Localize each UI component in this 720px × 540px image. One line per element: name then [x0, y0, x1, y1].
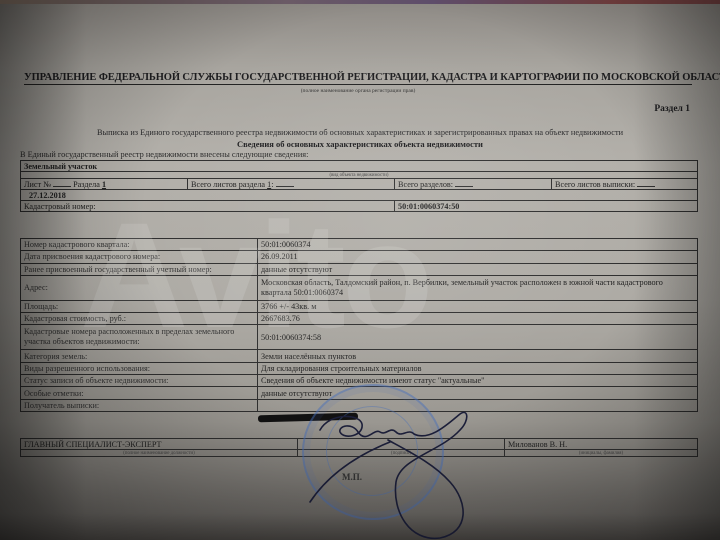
- extract-date: 27.12.2018: [21, 190, 698, 201]
- total-sections-label: Всего разделов:: [398, 180, 453, 189]
- row-label: Статус записи об объекте недвижимости:: [21, 375, 258, 387]
- row-value: 3766 +/- 43кв. м: [258, 300, 698, 312]
- row-label: Площадь:: [21, 300, 258, 312]
- cadastral-number-label: Кадастровый номер:: [21, 201, 395, 212]
- row-value: Московская область, Талдомский район, п.…: [258, 275, 698, 300]
- object-type-caption: (вид объекта недвижимости): [21, 172, 698, 179]
- intro-text: В Единый государственный реестр недвижим…: [20, 150, 308, 159]
- table-row: Кадастровая стоимость, руб.: 2667683.76: [21, 313, 698, 325]
- table-row: Дата присвоения кадастрового номера: 26.…: [21, 251, 698, 263]
- object-type: Земельный участок: [21, 161, 698, 172]
- official-stamp: [302, 384, 444, 520]
- row-value: 50:01:0060374: [258, 239, 698, 251]
- row-value: Для складирования строительных материало…: [258, 362, 698, 374]
- row-label: Номер кадастрового квартала:: [21, 239, 258, 251]
- table-row: Виды разрешенного использования: Для скл…: [21, 362, 698, 374]
- table-row: Площадь: 3766 +/- 43кв. м: [21, 300, 698, 312]
- row-label: Категория земель:: [21, 350, 258, 362]
- position-caption: (полное наименование должности): [21, 450, 298, 457]
- sheet-number-cell: Лист № Раздела 1: [21, 179, 188, 190]
- official-name: Милованов В. Н.: [505, 439, 698, 450]
- name-caption: (инициалы, фамилия): [505, 450, 698, 457]
- total-sheets-extract-label: Всего листов выписки:: [555, 180, 635, 189]
- total-sheets-extract-cell: Всего листов выписки:: [552, 179, 698, 190]
- total-sheets-section-value: 1: [267, 180, 271, 189]
- row-value: Сведения об объекте недвижимости имеют с…: [258, 375, 698, 387]
- sheet-label: Лист №: [24, 180, 51, 189]
- table-row: Кадастровые номера расположенных в преде…: [21, 325, 698, 350]
- row-label: Получатель выписки:: [21, 399, 258, 411]
- row-value: 2667683.76: [258, 313, 698, 325]
- total-sections-cell: Всего разделов:: [395, 179, 552, 190]
- total-sheets-section-cell: Всего листов раздела 1:: [188, 179, 395, 190]
- extract-title: Выписка из Единого государственного реес…: [0, 128, 720, 137]
- agency-name: УПРАВЛЕНИЕ ФЕДЕРАЛЬНОЙ СЛУЖБЫ ГОСУДАРСТВ…: [24, 72, 692, 85]
- row-value: 26.09.2011: [258, 251, 698, 263]
- row-value: данные отсутствуют: [258, 263, 698, 275]
- section-of-value: 1: [102, 180, 106, 189]
- section-of-label: Раздела: [73, 180, 100, 189]
- row-value: Земли населённых пунктов: [258, 350, 698, 362]
- table-row: Ранее присвоенный государственный учетны…: [21, 263, 698, 275]
- agency-caption: (полное наименование органа регистрации …: [24, 88, 692, 94]
- row-label: Адрес:: [21, 275, 258, 300]
- document-subtitle: Сведения об основных характеристиках объ…: [0, 139, 720, 149]
- document-page: УПРАВЛЕНИЕ ФЕДЕРАЛЬНОЙ СЛУЖБЫ ГОСУДАРСТВ…: [0, 4, 720, 540]
- header-table: Земельный участок (вид объекта недвижимо…: [20, 160, 698, 212]
- row-value: 50:01:0060374:58: [258, 325, 698, 350]
- row-label: Кадастровые номера расположенных в преде…: [21, 325, 258, 350]
- official-position: ГЛАВНЫЙ СПЕЦИАЛИСТ-ЭКСПЕРТ: [21, 439, 298, 450]
- table-row: Адрес: Московская область, Талдомский ра…: [21, 275, 698, 300]
- stamp-label: М.П.: [342, 472, 362, 482]
- row-value: данные отсутствуют: [258, 387, 698, 399]
- row-label: Дата присвоения кадастрового номера:: [21, 251, 258, 263]
- row-label: Ранее присвоенный государственный учетны…: [21, 263, 258, 275]
- table-row: Категория земель: Земли населённых пункт…: [21, 350, 698, 362]
- total-sheets-section-label: Всего листов раздела: [191, 180, 265, 189]
- row-label: Виды разрешенного использования:: [21, 362, 258, 374]
- section-label: Раздел 1: [654, 104, 690, 114]
- table-row: Номер кадастрового квартала: 50:01:00603…: [21, 239, 698, 251]
- row-label: Кадастровая стоимость, руб.:: [21, 313, 258, 325]
- cadastral-number-value: 50:01:0060374:50: [395, 201, 698, 212]
- row-label: Особые отметки:: [21, 387, 258, 399]
